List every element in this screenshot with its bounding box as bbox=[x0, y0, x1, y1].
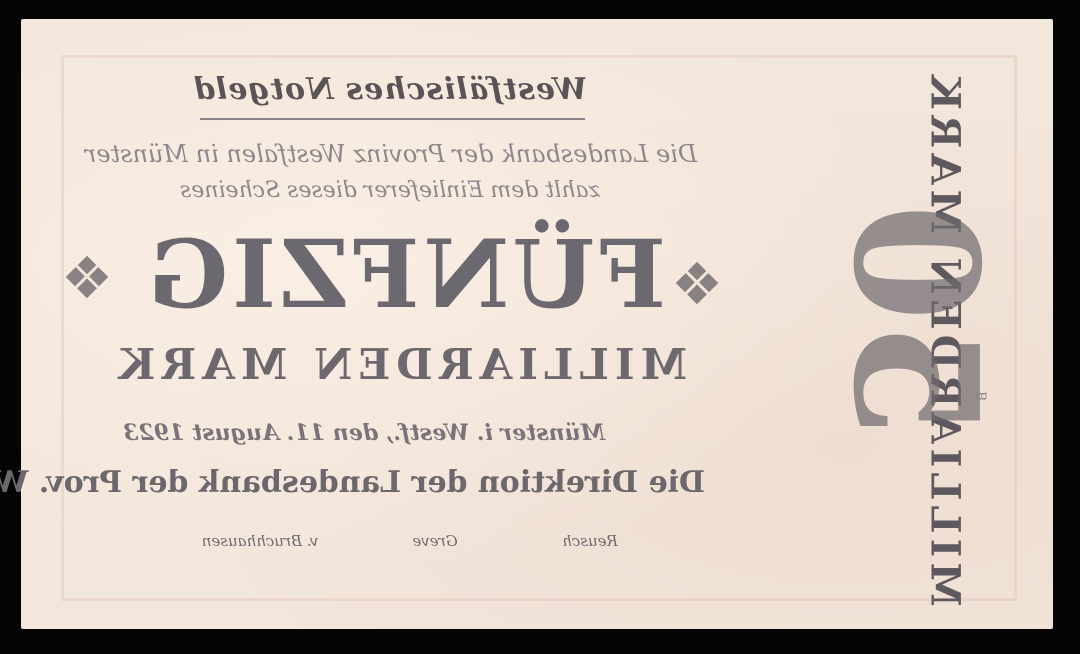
promise-line-1: Die Landesbank der Provinz Westfalen in … bbox=[66, 140, 716, 168]
place-date: Münster i. Westf., den 11. August 1923 bbox=[155, 420, 605, 446]
promise-line-2: zahlt dem Einlieferer dieses Scheines bbox=[140, 178, 640, 203]
denomination-word: FÜNFZIG bbox=[130, 225, 680, 325]
signature: Greve bbox=[400, 532, 470, 550]
issuer: Die Direktion der Landesbank der Prov. W… bbox=[85, 465, 705, 500]
signature: Reusch bbox=[545, 532, 635, 550]
side-mark: B bbox=[972, 391, 988, 401]
numeral-50: 50 bbox=[795, 240, 1035, 440]
banknote-title: Westfälisches Notgeld bbox=[190, 72, 590, 107]
signature: v. Bruchhausen bbox=[180, 532, 340, 550]
denomination-unit: MILLIARDEN MARK bbox=[80, 340, 720, 389]
title-divider bbox=[200, 118, 585, 120]
